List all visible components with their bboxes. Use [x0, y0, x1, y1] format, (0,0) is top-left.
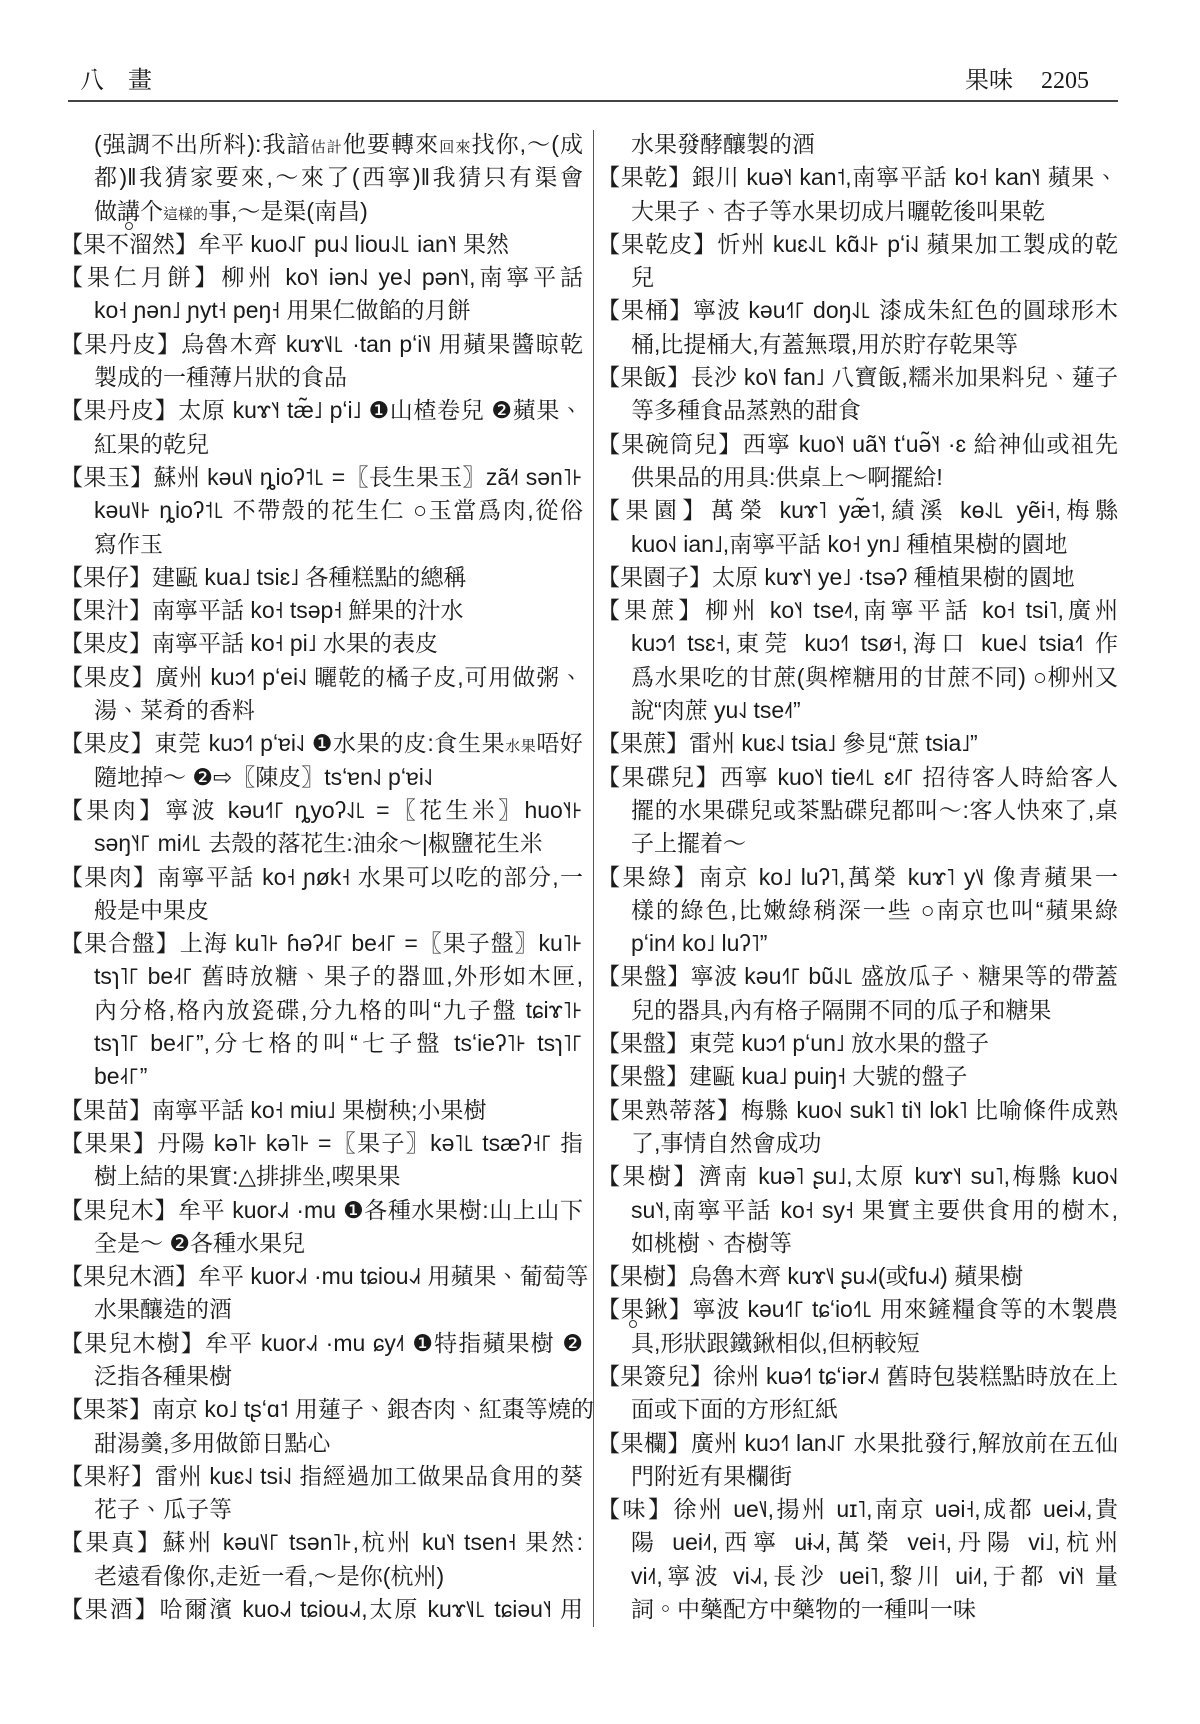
entry-text: 寧波 kəu˧˥꜒ tɕʻio˧˥꜖ 用來鏟糧食等的木製農 [692, 1296, 1118, 1322]
entry-continuation-line: 樣的綠色,比嫩綠稍深一些 ○南京也叫“蘋果綠 [597, 894, 1118, 927]
dictionary-entry: 【果樹】濟南 kuə˥ ʂu˩,太原 kuɤ˥˧ su˥,梅縣 kuo˧˩ su… [597, 1160, 1118, 1260]
headword: 【果桶】 [597, 297, 693, 323]
entry-text: 銀川 kuə˥˧ kan˦,南寧平話 ko˧ kan˥˧ 蘋果、 [692, 164, 1118, 190]
section-title: 八 畫 [80, 64, 152, 96]
text-line: 做講个這樣的事,～是渠(南昌) [60, 195, 583, 228]
dictionary-entry: 【果酒】哈爾濱 kuo˨˩˧ tɕiou˨˩˧,太原 kuɤ˥˩꜖ tɕiəu˥… [60, 1593, 583, 1626]
entry-first-line: 【果碟兒】西寧 kuo˥˧ tie˨˦꜖ ɛ˨˦꜒ 招待客人時給客人 [597, 761, 1118, 794]
inline-gloss: 這樣的 [163, 206, 208, 223]
entry-first-line: 【果鍬】寧波 kəu˧˥꜒ tɕʻio˧˥꜖ 用來鏟糧食等的木製農 [597, 1293, 1118, 1326]
entry-first-line: 【果果】丹陽 kə˥꜔ kə˥꜔ =〖果子〗kə˥꜖ tsæʔ˧꜒ 指 [60, 1127, 583, 1160]
entry-continuation-line: be˨˧꜒” [60, 1060, 583, 1093]
entry-first-line: 【果真】蘇州 kəu˥˩꜒ tsən˥꜔,杭州 ku˥˧ tsen˧ 果然: [60, 1526, 583, 1559]
dictionary-entry: 【果熟蒂落】梅縣 kuo˧˩ suk˥ ti˥˧ lok˥ 比喻條件成熟 了,事… [597, 1094, 1118, 1161]
entry-text: 東莞 kuɔ˧˥ pʻun˩ 放水果的盤子 [689, 1030, 989, 1056]
headword: 【果盤】 [597, 1063, 689, 1089]
headword: 【果蔗】 [597, 730, 689, 756]
headword: 【果樹】 [597, 1263, 689, 1289]
dictionary-entry: 【果皮】廣州 kuɔ˧˥ pʻei˨˩ 曬乾的橘子皮,可用做粥、 湯、菜肴的香料 [60, 661, 583, 728]
entry-text: 唔好 [536, 730, 583, 756]
headword: 【果飯】 [597, 364, 690, 390]
entry-first-line: 【果樹】烏魯木齊 kuɤ˥˩ ʂu˨˩˧(或fu˨˩˧) 蘋果樹 [597, 1260, 1118, 1293]
entry-text: 蘇州 kəu˥˩꜒ tsən˥꜔,杭州 ku˥˧ tsen˧ 果然: [163, 1529, 583, 1555]
dictionary-entry: 【果兒木樹】牟平 kuor˨˩˧ ·mu ɕy˨˦ ❶特指蘋果樹 ❷ 泛指各種果… [60, 1327, 583, 1394]
entry-first-line: 【果苗】南寧平話 ko˧ miu˩ 果樹秧;小果樹 [60, 1094, 583, 1127]
entry-text: 牟平 kuo˨˩꜒ pu˨˩ liou˨˩꜖ ian˥˧ 果然 [198, 231, 509, 257]
dictionary-entry: 【果皮】東莞 kuɔ˧˥ pʻɐi˨˩ ❶水果的皮:食生果水果唔好 隨地掉～ ❷… [60, 727, 583, 794]
entry-text: 梅縣 kuo˧˩ suk˥ ti˥˧ lok˥ 比喻條件成熟 [741, 1097, 1118, 1123]
headword: 【果真】 [60, 1529, 163, 1555]
entry-text: 丹陽 kə˥꜔ kə˥꜔ =〖果子〗kə˥꜖ tsæʔ˧꜒ 指 [157, 1130, 583, 1156]
entry-text: 柳州 ko˥˧ iən˨˩ ye˨˩ pən˥˧,南寧平話 [221, 264, 583, 290]
entry-text: 西寧 kuo˥˧ uã˥˧ tʻuə̃˥˧ ·ɛ 給神仙或祖先 [743, 431, 1118, 457]
entry-first-line: 【果仁月餅】柳州 ko˥˧ iən˨˩ ye˨˩ pən˥˧,南寧平話 [60, 261, 583, 294]
dictionary-entry: 【果合盤】上海 ku˥꜔ ɦəʔ˨˧꜒ be˨˧꜒ =〖果子盤〗ku˥꜔ tsɿ… [60, 927, 583, 1093]
text-line: 水果發酵釀製的酒 [597, 128, 1118, 161]
dictionary-entry: 【果仔】建甌 kua˩ tsiɛ˩ 各種糕點的總稱 [60, 561, 583, 594]
dictionary-entry: 【果碗筒兒】西寧 kuo˥˧ uã˥˧ tʻuə̃˥˧ ·ɛ 給神仙或祖先 供果… [597, 428, 1118, 495]
entry-continuation-line: pʻin˨˦ ko˩ luʔ˥” [597, 927, 1118, 960]
entry-text: 廣州 kuɔ˧˥ lan˨˩꜒ 水果批發行,解放前在五仙 [691, 1430, 1118, 1456]
entry-text: 烏魯木齊 kuɤ˥˩ ʂu˨˩˧(或fu˨˩˧) 蘋果樹 [689, 1263, 1023, 1289]
dictionary-entry: 【果肉】寧波 kəu˧˥꜒ ȵyoʔ˨˩꜖ =〖花生米〗huo˥˧꜔ səŋ˥˧… [60, 794, 583, 861]
headword: 【果酒】 [60, 1596, 159, 1622]
entry-text: 南寧平話 ko˧ tsəp˧ 鮮果的汁水 [152, 597, 464, 623]
headword: 【果玉】 [60, 464, 154, 490]
headword: 【果皮】 [60, 730, 154, 756]
dictionary-entry: 【果汁】南寧平話 ko˧ tsəp˧ 鮮果的汁水 [60, 594, 583, 627]
dictionary-entry: 【果肉】南寧平話 ko˧ ɲøk˧ 水果可以吃的部分,一 般是中果皮 [60, 861, 583, 928]
entry-first-line: 【果皮】南寧平話 ko˧ pi˩ 水果的表皮 [60, 627, 583, 660]
entry-text: 寧波 kəu˧˥꜒ ȵyoʔ˨˩꜖ =〖花生米〗huo˥˧꜔ [165, 797, 583, 823]
dictionary-entry: 【果兒木】牟平 kuor˨˩˧ ·mu ❶各種水果樹:山上山下 全是～ ❷各種水… [60, 1194, 583, 1261]
dictionary-entry: 【果盤】東莞 kuɔ˧˥ pʻun˩ 放水果的盤子 [597, 1027, 1118, 1060]
dictionary-entry: 【果籽】雷州 kuɛ˨˩ tsi˨˩ 指經過加工做果品食用的葵 花子、瓜子等 [60, 1460, 583, 1527]
entry-first-line: 【味】徐州 ue˥˩,揚州 uɪ˥,南京 uəi˧,成都 uei˨˩˧,貴 [597, 1493, 1118, 1526]
dictionary-entry: 【果玉】蘇州 kəu˥˩ ȵioʔ˦꜖ =〖長生果玉〗zã˨˦ sən˥꜔ kə… [60, 461, 583, 561]
headword: 【果苗】 [60, 1097, 152, 1123]
guide-words: 果味 [965, 66, 1013, 94]
entry-text: 太原 kuɤ˥˧ ye˩ ·tsəʔ 種植果樹的園地 [712, 564, 1075, 590]
entry-first-line: 【果蔗】柳州 ko˥˧ tse˨˦,南寧平話 ko˧ tsi˥,廣州 [597, 594, 1118, 627]
dictionary-entry: 【果蔗】柳州 ko˥˧ tse˨˦,南寧平話 ko˧ tsi˥,廣州 kuɔ˧˥… [597, 594, 1118, 727]
text-segment: 找你,～(成 [471, 131, 583, 157]
entry-text: 牟平 kuor˨˩˧ ·mu tɕiou˨˩˧ 用蘋果、葡萄等 [198, 1263, 588, 1289]
entry-continuation-line: 兒的器具,內有格子隔開不同的瓜子和糖果 [597, 994, 1118, 1027]
entry-first-line: 【果丹皮】太原 kuɤ˥˧ tæ̃˩ pʻi˩ ❶山楂卷兒 ❷蘋果、 [60, 394, 583, 427]
entry-continuation-line: ko˧ ɲən˩ ɲyt˧ peŋ˧ 用果仁做餡的月餅 [60, 294, 583, 327]
dictionary-entry: 【果真】蘇州 kəu˥˩꜒ tsən˥꜔,杭州 ku˥˧ tsen˧ 果然: 老… [60, 1526, 583, 1593]
entry-continuation-line: 泛指各種果樹 [60, 1360, 583, 1393]
dictionary-entry: 【果果】丹陽 kə˥꜔ kə˥꜔ =〖果子〗kə˥꜖ tsæʔ˧꜒ 指 樹上結的… [60, 1127, 583, 1194]
headword: 【果熟蒂落】 [597, 1097, 741, 1123]
dictionary-entry: 【果丹皮】太原 kuɤ˥˧ tæ̃˩ pʻi˩ ❶山楂卷兒 ❷蘋果、 紅果的乾兒 [60, 394, 583, 461]
headword: 【果合盤】 [60, 930, 180, 956]
headword: 【果盤】 [597, 1030, 689, 1056]
entry-first-line: 【果乾皮】忻州 kuɛ˨˩꜖ kɑ̃˨˩꜔ pʻi˨˩ 蘋果加工製成的乾 [597, 228, 1118, 261]
entry-continuation-line: 擺的水果碟兒或茶點碟兒都叫～:客人快來了,桌 [597, 794, 1118, 827]
entry-text: 牟平 kuor˨˩˧ ·mu ❶各種水果樹:山上山下 [178, 1197, 583, 1223]
dictionary-entry: 【果乾】銀川 kuə˥˧ kan˦,南寧平話 ko˧ kan˥˧ 蘋果、 大果子… [597, 161, 1118, 228]
entry-first-line: 【果欄】廣州 kuɔ˧˥ lan˨˩꜒ 水果批發行,解放前在五仙 [597, 1427, 1118, 1460]
entry-continuation-line: 水果釀造的酒 [60, 1293, 583, 1326]
left-column: (强調不出所料):我諳估計他要轉來回來找你,～(成 都)‖我猜家要來,～來了(西… [60, 128, 583, 1626]
entry-text: 雷州 kuɛ˨˩ tsia˩ 參見“蔗 tsia˩” [689, 730, 978, 756]
header-rule [68, 100, 1118, 102]
entry-continuation-line: 了,事情自然會成功 [597, 1127, 1118, 1160]
headword: 【果兒木樹】 [60, 1330, 205, 1356]
marked-character: 果 [621, 1296, 645, 1322]
headword: 【果丹皮】 [60, 331, 181, 357]
entry-continuation-line: 爲水果吃的甘蔗(與榨糖用的甘蔗不同) ○柳州又 [597, 661, 1118, 694]
headword: 【果果】 [60, 1130, 157, 1156]
dictionary-entry: 【果盤】寧波 kəu˧˥꜒ bũ˨˩꜖ 盛放瓜子、糖果等的帶蓋 兒的器具,內有格… [597, 960, 1118, 1027]
text-segment: 做 [94, 198, 117, 224]
headword: 【果欄】 [597, 1430, 691, 1456]
entry-first-line: 【果綠】南京 ko˩ luʔ˥,萬榮 kuɤ˥ y˥˩ 像青蘋果一 [597, 861, 1118, 894]
entry-text: 雷州 kuɛ˨˩ tsi˨˩ 指經過加工做果品食用的葵 [155, 1463, 583, 1489]
entry-continuation-line: 紅果的乾兒 [60, 428, 583, 461]
entry-first-line: 【果飯】長沙 ko˥˩ fan˩ 八寶飯,糯米加果料兒、蓮子 [597, 361, 1118, 394]
headword: 【果簽兒】 [597, 1363, 713, 1389]
headword: 【果不溜然】 [60, 231, 198, 257]
entry-continuation-line: 說“肉蔗 yu˨˩ tse˨˦” [597, 694, 1118, 727]
entry-first-line: 【果簽兒】徐州 kuə˧˥ tɕʻiər˨˩˦ 舊時包裝糕點時放在上 [597, 1360, 1118, 1393]
headword: 【果仔】 [60, 564, 152, 590]
entry-first-line: 【果蔗】雷州 kuɛ˨˩ tsia˩ 參見“蔗 tsia˩” [597, 727, 1118, 760]
headword: 【果茶】 [60, 1396, 152, 1422]
dictionary-entry: 【果欄】廣州 kuɔ˧˥ lan˨˩꜒ 水果批發行,解放前在五仙 門附近有果欄街 [597, 1427, 1118, 1494]
entry-text: 烏魯木齊 kuɤ˥˩꜖ ·tan pʻi˥˩ 用蘋果醬晾乾 [181, 331, 583, 357]
headword: 【味】 [597, 1496, 673, 1522]
entry-continuation-line: 湯、菜肴的香料 [60, 694, 583, 727]
dictionary-entry: 【果碟兒】西寧 kuo˥˧ tie˨˦꜖ ɛ˨˦꜒ 招待客人時給客人 擺的水果碟… [597, 761, 1118, 861]
entry-text: 建甌 kua˩ tsiɛ˩ 各種糕點的總稱 [152, 564, 466, 590]
entry-text: 太原 kuɤ˥˧ tæ̃˩ pʻi˩ ❶山楂卷兒 ❷蘋果、 [178, 397, 583, 423]
entry-continuation-line: 般是中果皮 [60, 894, 583, 927]
entry-continuation-line: 隨地掉～ ❷⇨〖陳皮〗tsʻɐn˨˩ pʻɐi˨˩ [60, 761, 583, 794]
headword: 【果兒木酒】 [60, 1263, 198, 1289]
headword: 【果碟兒】 [597, 764, 720, 790]
entry-first-line: 【果園子】太原 kuɤ˥˧ ye˩ ·tsəʔ 種植果樹的園地 [597, 561, 1118, 594]
entry-continuation-line: 等多種食品蒸熟的甜食 [597, 394, 1118, 427]
entry-continuation-line: 大果子、杏子等水果切成片曬乾後叫果乾 [597, 195, 1118, 228]
dictionary-entry: 【果鍬】寧波 kəu˧˥꜒ tɕʻio˧˥꜖ 用來鏟糧食等的木製農 具,形狀跟鐵… [597, 1293, 1118, 1360]
headword: 【果乾】 [597, 164, 692, 190]
entry-continuation-line: 樹上結的果實:△排排坐,喫果果 [60, 1160, 583, 1193]
entry-first-line: 【果盤】建甌 kua˩ puiŋ˧ 大號的盤子 [597, 1060, 1118, 1093]
headword: 【果蔗】 [597, 597, 705, 623]
entry-continuation-line: 子上擺着～ [597, 827, 1118, 860]
text-segment: 事,～是渠(南昌) [208, 198, 368, 224]
entry-first-line: 【果肉】寧波 kəu˧˥꜒ ȵyoʔ˨˩꜖ =〖花生米〗huo˥˧꜔ [60, 794, 583, 827]
entry-text: 寧波 kəu˧˥꜒ doŋ˨˩꜖ 漆成朱紅色的圓球形木 [693, 297, 1118, 323]
headword: 【果仁月餅】 [60, 264, 221, 290]
continued-text: 水果發酵釀製的酒 [597, 128, 1118, 161]
headword-bracket: 【 [597, 1296, 621, 1322]
headword: 【果皮】 [60, 664, 155, 690]
entry-text: 寧波 kəu˧˥꜒ bũ˨˩꜖ 盛放瓜子、糖果等的帶蓋 [691, 963, 1118, 989]
entry-continuation-line: 具,形狀跟鐵鍬相似,但柄較短 [597, 1327, 1118, 1360]
dictionary-entry: 【果皮】南寧平話 ko˧ pi˩ 水果的表皮 [60, 627, 583, 660]
inline-gloss: 回來 [439, 139, 471, 156]
right-column: 水果發酵釀製的酒 【果乾】銀川 kuə˥˧ kan˦,南寧平話 ko˧ kan˥… [597, 128, 1118, 1626]
headword: 【果盤】 [597, 963, 691, 989]
dictionary-entry: 【果園】萬榮 kuɤ˥ yæ̃˦,績溪 kɵ˨˩꜖ yẽi˧,梅縣 kuo˧˩ … [597, 494, 1118, 561]
entry-continuation-line: 內分格,格內放瓷碟,分九格的叫“九子盤 tɕiɤ˥꜔ [60, 994, 583, 1027]
headword: 【果丹皮】 [60, 397, 178, 423]
entry-first-line: 【果兒木樹】牟平 kuor˨˩˧ ·mu ɕy˨˦ ❶特指蘋果樹 ❷ [60, 1327, 583, 1360]
entry-text: 萬榮 kuɤ˥ yæ̃˦,績溪 kɵ˨˩꜖ yẽi˧,梅縣 [711, 497, 1118, 523]
entry-first-line: 【果盤】寧波 kəu˧˥꜒ bũ˨˩꜖ 盛放瓜子、糖果等的帶蓋 [597, 960, 1118, 993]
dictionary-entry: 【果苗】南寧平話 ko˧ miu˩ 果樹秧;小果樹 [60, 1094, 583, 1127]
entry-first-line: 【果樹】濟南 kuə˥ ʂu˩,太原 kuɤ˥˧ su˥,梅縣 kuo˧˩ [597, 1160, 1118, 1193]
entry-continuation-line: 花子、瓜子等 [60, 1493, 583, 1526]
dictionary-entry: 【果兒木酒】牟平 kuor˨˩˧ ·mu tɕiou˨˩˧ 用蘋果、葡萄等 水果… [60, 1260, 583, 1327]
headword: 【果乾皮】 [597, 231, 717, 257]
entry-first-line: 【果合盤】上海 ku˥꜔ ɦəʔ˨˧꜒ be˨˧꜒ =〖果子盤〗ku˥꜔ [60, 927, 583, 960]
entry-first-line: 【果茶】南京 ko˩ tʂʻɑ˦ 用蓮子、銀杏肉、紅棗等燒的 [60, 1393, 583, 1426]
entry-continuation-line: 寫作玉 [60, 528, 583, 561]
page-number: 2205 [1041, 68, 1089, 94]
dictionary-entry: 【果乾皮】忻州 kuɛ˨˩꜖ kɑ̃˨˩꜔ pʻi˨˩ 蘋果加工製成的乾 兒 [597, 228, 1118, 295]
headword: 【果樹】 [597, 1163, 699, 1189]
entry-continuation-line: tsɿ˥꜒ be˨˧꜒ 舊時放糖、果子的器皿,外形如木匣, [60, 960, 583, 993]
entry-text: 哈爾濱 kuo˨˩˧ tɕiou˨˩˧,太原 kuɤ˥˩꜖ tɕiəu˥˧ 用 [159, 1596, 583, 1622]
entry-first-line: 【果皮】廣州 kuɔ˧˥ pʻei˨˩ 曬乾的橘子皮,可用做粥、 [60, 661, 583, 694]
dictionary-entry: 【果飯】長沙 ko˥˩ fan˩ 八寶飯,糯米加果料兒、蓮子 等多種食品蒸熟的甜… [597, 361, 1118, 428]
dictionary-entry: 【果園子】太原 kuɤ˥˧ ye˩ ·tsəʔ 種植果樹的園地 [597, 561, 1118, 594]
headword: 【果肉】 [60, 864, 157, 890]
entry-continuation-line: 陽 uei˨˦,西寧 uɨ˨˩˧,萬榮 vei˧,丹陽 vi˩,杭州 [597, 1526, 1118, 1559]
dictionary-entry: 【果樹】烏魯木齊 kuɤ˥˩ ʂu˨˩˧(或fu˨˩˧) 蘋果樹 [597, 1260, 1118, 1293]
entry-text: 柳州 ko˥˧ tse˨˦,南寧平話 ko˧ tsi˥,廣州 [705, 597, 1118, 623]
entry-first-line: 【果桶】寧波 kəu˧˥꜒ doŋ˨˩꜖ 漆成朱紅色的圓球形木 [597, 294, 1118, 327]
entry-text: 南寧平話 ko˧ ɲøk˧ 水果可以吃的部分,一 [157, 864, 583, 890]
entry-first-line: 【果熟蒂落】梅縣 kuo˧˩ suk˥ ti˥˧ lok˥ 比喻條件成熟 [597, 1094, 1118, 1127]
entry-continuation-line: 老遠看像你,走近一看,～是你(杭州) [60, 1560, 583, 1593]
dictionary-entry: 【果茶】南京 ko˩ tʂʻɑ˦ 用蓮子、銀杏肉、紅棗等燒的 甜湯羹,多用做節日… [60, 1393, 583, 1460]
entry-first-line: 【果丹皮】烏魯木齊 kuɤ˥˩꜖ ·tan pʻi˥˩ 用蘋果醬晾乾 [60, 328, 583, 361]
dictionary-entry: 【果蔗】雷州 kuɛ˨˩ tsia˩ 參見“蔗 tsia˩” [597, 727, 1118, 760]
headword: 【果汁】 [60, 597, 152, 623]
headword: 【果籽】 [60, 1463, 155, 1489]
entry-first-line: 【果肉】南寧平話 ko˧ ɲøk˧ 水果可以吃的部分,一 [60, 861, 583, 894]
entry-text: 徐州 kuə˧˥ tɕʻiər˨˩˦ 舊時包裝糕點時放在上 [713, 1363, 1118, 1389]
entry-text: 蘇州 kəu˥˩ ȵioʔ˦꜖ =〖長生果玉〗zã˨˦ sən˥꜔ [154, 464, 583, 490]
entry-continuation-line: 門附近有果欄街 [597, 1460, 1118, 1493]
headword: 【果園子】 [597, 564, 712, 590]
entry-continuation-line: 兒 [597, 261, 1118, 294]
dictionary-entry: 【果綠】南京 ko˩ luʔ˥,萬榮 kuɤ˥ y˥˩ 像青蘋果一 樣的綠色,比… [597, 861, 1118, 961]
entry-text: 忻州 kuɛ˨˩꜖ kɑ̃˨˩꜔ pʻi˨˩ 蘋果加工製成的乾 [717, 231, 1118, 257]
entry-continuation-line: kuo˧˩ ian˩,南寧平話 ko˧ yn˩ 種植果樹的園地 [597, 528, 1118, 561]
entry-first-line: 【果不溜然】牟平 kuo˨˩꜒ pu˨˩ liou˨˩꜖ ian˥˧ 果然 [60, 228, 583, 261]
entry-continuation-line: səŋ˥˧꜒ mi˨˦꜖ 去殼的落花生:油氽～|椒鹽花生米 [60, 827, 583, 860]
entry-first-line: 【果碗筒兒】西寧 kuo˥˧ uã˥˧ tʻuə̃˥˧ ·ɛ 給神仙或祖先 [597, 428, 1118, 461]
entry-text: 牟平 kuor˨˩˧ ·mu ɕy˨˦ ❶特指蘋果樹 ❷ [205, 1330, 583, 1356]
headword: 【果兒木】 [60, 1197, 178, 1223]
text-line: 都)‖我猜家要來,～來了(西寧)‖我猜只有渠會 [60, 161, 583, 194]
text-segment: 个 [140, 198, 163, 224]
entry-continuation-line: 甜湯羹,多用做節日點心 [60, 1427, 583, 1460]
entry-text: 南京 ko˩ luʔ˥,萬榮 kuɤ˥ y˥˩ 像青蘋果一 [699, 864, 1118, 890]
entry-continuation-line: 桶,比提桶大,有蓋無環,用於貯存乾果等 [597, 328, 1118, 361]
marked-character: 講 [117, 198, 140, 224]
entry-text: 上海 ku˥꜔ ɦəʔ˨˧꜒ be˨˧꜒ =〖果子盤〗ku˥꜔ [180, 930, 583, 956]
entry-first-line: 【果皮】東莞 kuɔ˧˥ pʻɐi˨˩ ❶水果的皮:食生果水果唔好 [60, 727, 583, 760]
entry-text: 南京 ko˩ tʂʻɑ˦ 用蓮子、銀杏肉、紅棗等燒的 [152, 1396, 594, 1422]
text-line: (强調不出所料):我諳估計他要轉來回來找你,～(成 [60, 128, 583, 161]
headword: 【果碗筒兒】 [597, 431, 743, 457]
text-segment: (强調不出所料):我諳 [94, 131, 311, 157]
dictionary-entry: 【果盤】建甌 kua˩ puiŋ˧ 大號的盤子 [597, 1060, 1118, 1093]
entry-text: 濟南 kuə˥ ʂu˩,太原 kuɤ˥˧ su˥,梅縣 kuo˧˩ [699, 1163, 1118, 1189]
dictionary-entry: 【果丹皮】烏魯木齊 kuɤ˥˩꜖ ·tan pʻi˥˩ 用蘋果醬晾乾 製成的一種… [60, 328, 583, 395]
entry-text: 南寧平話 ko˧ pi˩ 水果的表皮 [152, 630, 438, 656]
continued-text: (强調不出所料):我諳估計他要轉來回來找你,～(成 都)‖我猜家要來,～來了(西… [60, 128, 583, 228]
entry-continuation-line: 面或下面的方形紅紙 [597, 1393, 1118, 1426]
entry-first-line: 【果兒木酒】牟平 kuor˨˩˧ ·mu tɕiou˨˩˧ 用蘋果、葡萄等 [60, 1260, 583, 1293]
headword-rest: 鍬】 [645, 1296, 693, 1322]
entry-continuation-line: tsɿ˥꜒ be˨˧꜒”,分七格的叫“七子盤 tsʻieʔ˥꜔ tsɿ˥꜒ [60, 1027, 583, 1060]
entry-first-line: 【果兒木】牟平 kuor˨˩˧ ·mu ❶各種水果樹:山上山下 [60, 1194, 583, 1227]
entry-continuation-line: 供果品的用具:供桌上～啊擺給! [597, 461, 1118, 494]
headword: 【果皮】 [60, 630, 152, 656]
entry-text: 建甌 kua˩ puiŋ˧ 大號的盤子 [689, 1063, 967, 1089]
entry-first-line: 【果籽】雷州 kuɛ˨˩ tsi˨˩ 指經過加工做果品食用的葵 [60, 1460, 583, 1493]
entry-continuation-line: kəu˥˩꜔ ȵioʔ˦꜖ 不帶殼的花生仁 ○玉當爲肉,從俗 [60, 494, 583, 527]
entry-text: 南寧平話 ko˧ miu˩ 果樹秧;小果樹 [152, 1097, 487, 1123]
entry-continuation-line: 全是～ ❷各種水果兒 [60, 1227, 583, 1260]
entry-first-line: 【果酒】哈爾濱 kuo˨˩˧ tɕiou˨˩˧,太原 kuɤ˥˩꜖ tɕiəu˥… [60, 1593, 583, 1626]
entry-text: 西寧 kuo˥˧ tie˨˦꜖ ɛ˨˦꜒ 招待客人時給客人 [720, 764, 1118, 790]
entry-text: 長沙 ko˥˩ fan˩ 八寶飯,糯米加果料兒、蓮子 [690, 364, 1118, 390]
inline-gloss: 水果 [505, 738, 536, 755]
headword: 【果綠】 [597, 864, 699, 890]
entry-first-line: 【果仔】建甌 kua˩ tsiɛ˩ 各種糕點的總稱 [60, 561, 583, 594]
dictionary-entry: 【果仁月餅】柳州 ko˥˧ iən˨˩ ye˨˩ pən˥˧,南寧平話 ko˧ … [60, 261, 583, 328]
running-head: 果味2205 [965, 64, 1089, 97]
entry-continuation-line: 如桃樹、杏樹等 [597, 1227, 1118, 1260]
entry-first-line: 【果乾】銀川 kuə˥˧ kan˦,南寧平話 ko˧ kan˥˧ 蘋果、 [597, 161, 1118, 194]
dictionary-entry: 【味】徐州 ue˥˩,揚州 uɪ˥,南京 uəi˧,成都 uei˨˩˧,貴 陽 … [597, 1493, 1118, 1626]
entry-text: 東莞 kuɔ˧˥ pʻɐi˨˩ ❶水果的皮:食生果 [154, 730, 505, 756]
text-segment: 他要轉來 [343, 131, 439, 157]
entry-continuation-line: vi˨˦,寧波 vi˨˩˧,長沙 uei˥,黎川 ui˨˦,于都 vi˥˧ 量 [597, 1560, 1118, 1593]
entry-first-line: 【果園】萬榮 kuɤ˥ yæ̃˦,績溪 kɵ˨˩꜖ yẽi˧,梅縣 [597, 494, 1118, 527]
entry-first-line: 【果玉】蘇州 kəu˥˩ ȵioʔ˦꜖ =〖長生果玉〗zã˨˦ sən˥꜔ [60, 461, 583, 494]
entry-text: 徐州 ue˥˩,揚州 uɪ˥,南京 uəi˧,成都 uei˨˩˧,貴 [673, 1496, 1118, 1522]
entry-continuation-line: kuɔ˧˥ tsɛ˧,東莞 kuɔ˧˥ tsø˧,海口 kue˨˩ tsia˧˥… [597, 627, 1118, 660]
dictionary-entry: 【果桶】寧波 kəu˧˥꜒ doŋ˨˩꜖ 漆成朱紅色的圓球形木 桶,比提桶大,有… [597, 294, 1118, 361]
inline-gloss: 估計 [311, 139, 343, 156]
entry-continuation-line: 製成的一種薄片狀的食品 [60, 361, 583, 394]
dictionary-entry: 【果簽兒】徐州 kuə˧˥ tɕʻiər˨˩˦ 舊時包裝糕點時放在上 面或下面的… [597, 1360, 1118, 1427]
dictionary-entry: 【果不溜然】牟平 kuo˨˩꜒ pu˨˩ liou˨˩꜖ ian˥˧ 果然 [60, 228, 583, 261]
entry-continuation-line: su˥˧,南寧平話 ko˧ sy˧ 果實主要供食用的樹木, [597, 1194, 1118, 1227]
entry-text: 廣州 kuɔ˧˥ pʻei˨˩ 曬乾的橘子皮,可用做粥、 [155, 664, 583, 690]
entry-continuation-line: 詞。中藥配方中藥物的一種叫一味 [597, 1593, 1118, 1626]
headword: 【果園】 [597, 497, 711, 523]
headword: 【果肉】 [60, 797, 165, 823]
entry-first-line: 【果盤】東莞 kuɔ˧˥ pʻun˩ 放水果的盤子 [597, 1027, 1118, 1060]
entry-first-line: 【果汁】南寧平話 ko˧ tsəp˧ 鮮果的汁水 [60, 594, 583, 627]
